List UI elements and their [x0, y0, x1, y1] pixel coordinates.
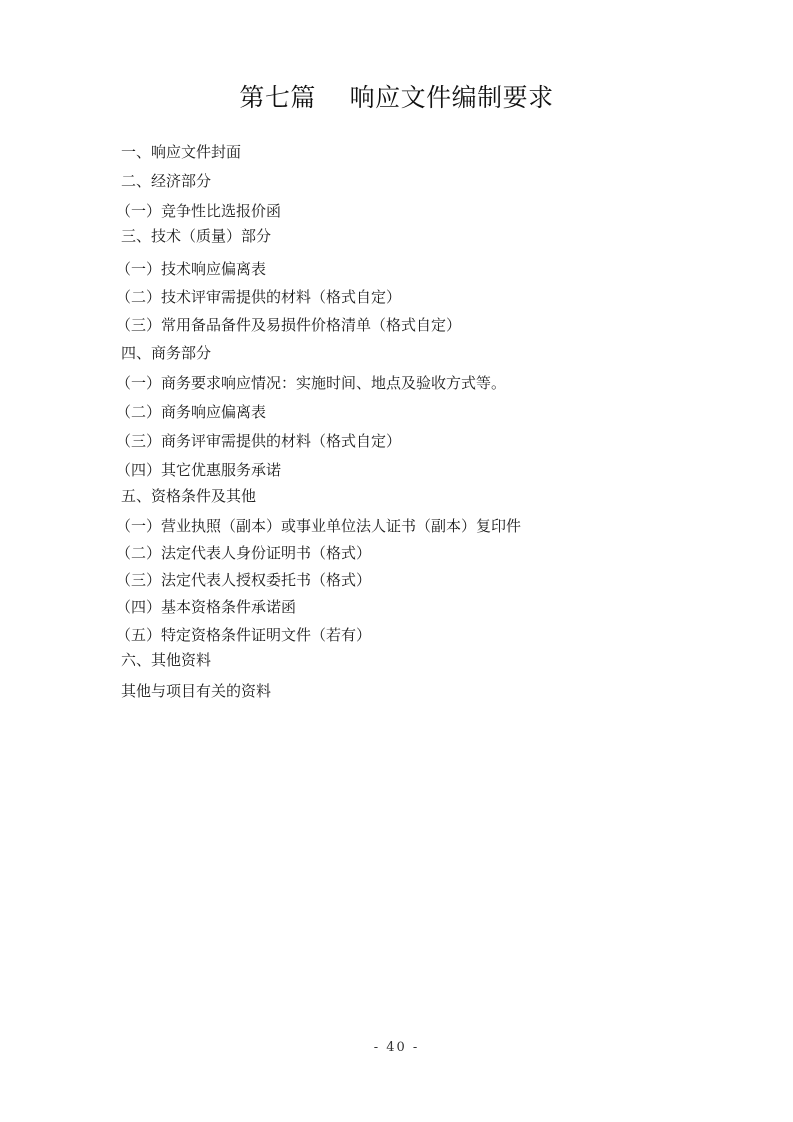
section-item: （一）技术响应偏离表 [116, 259, 266, 279]
section-item: （三）商务评审需提供的材料（格式自定） [116, 431, 401, 451]
section-item: （二）法定代表人身份证明书（格式） [116, 543, 371, 563]
section-heading: 四、商务部分 [121, 343, 211, 363]
section-item: （四）基本资格条件承诺函 [116, 597, 296, 617]
section-item: （二）商务响应偏离表 [116, 402, 266, 422]
section-item: （三）法定代表人授权委托书（格式） [116, 570, 371, 590]
section-heading: 一、响应文件封面 [121, 142, 241, 162]
section-item: （一）商务要求响应情况：实施时间、地点及验收方式等。 [116, 373, 506, 393]
section-heading: 六、其他资料 [121, 650, 211, 670]
section-item: （一）竞争性比选报价函 [116, 201, 281, 221]
section-heading: 五、资格条件及其他 [121, 486, 256, 506]
section-heading: 其他与项目有关的资料 [121, 681, 271, 701]
section-heading: 二、经济部分 [121, 171, 211, 191]
section-item: （二）技术评审需提供的材料（格式自定） [116, 287, 401, 307]
page-number: - 40 - [0, 1040, 793, 1055]
section-item: （五）特定资格条件证明文件（若有） [116, 625, 371, 645]
section-item: （一）营业执照（副本）或事业单位法人证书（副本）复印件 [116, 516, 521, 536]
section-heading: 三、技术（质量）部分 [121, 226, 271, 246]
section-item: （三）常用备品备件及易损件价格清单（格式自定） [116, 315, 461, 335]
section-item: （四）其它优惠服务承诺 [116, 460, 281, 480]
page-title: 第七篇 响应文件编制要求 [0, 80, 793, 116]
